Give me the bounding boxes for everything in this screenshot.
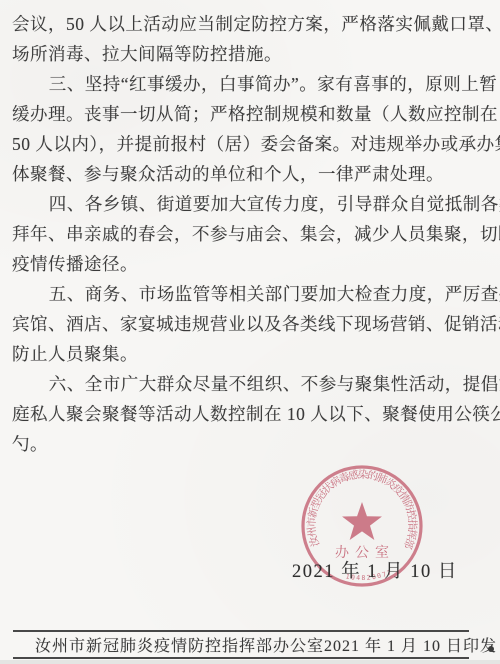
scanned-notice-page: 会议，50 人以上活动应当制定防控方案，严格落实佩戴口罩、 场所消毒、拉大间隔等…	[0, 0, 500, 664]
issuing-office: 汝州市新冠肺炎疫情防控指挥部办公室	[35, 633, 324, 656]
body-line: 六、全市广大群众尽量不组织、不参与聚集性活动，提倡家	[12, 369, 476, 399]
body-line: 勺。	[12, 429, 476, 459]
body-line: 疫情传播途径。	[12, 249, 476, 279]
document-body: 会议，50 人以上活动应当制定防控方案，严格落实佩戴口罩、 场所消毒、拉大间隔等…	[12, 9, 476, 459]
body-line: 50 人以内），并提前报村（居）委会备案。对违规举办或承办集	[12, 129, 476, 159]
body-line: 场所消毒、拉大间隔等防控措施。	[12, 39, 476, 69]
body-line: 五、商务、市场监管等相关部门要加大检查力度，严厉查处	[12, 279, 476, 309]
body-line: 三、坚持“红事缓办，白事简办”。家有喜事的，原则上暂	[12, 69, 476, 99]
colophon-footer: 汝州市新冠肺炎疫情防控指挥部办公室 2021 年 1 月 10 日印发	[13, 630, 469, 659]
body-line: 庭私人聚会聚餐等活动人数控制在 10 人以下、聚餐使用公筷公	[12, 399, 476, 429]
print-date: 2021 年 1 月 10 日印发	[324, 633, 497, 656]
body-line: 拜年、串亲戚的春会，不参与庙会、集会，减少人员集聚，切断	[12, 219, 476, 249]
signature-date: 2021 年 1 月 10 日	[292, 557, 458, 583]
body-line: 缓办理。丧事一切从简；严格控制规模和数量（人数应控制在	[12, 99, 476, 129]
body-line: 四、各乡镇、街道要加大宣传力度，引导群众自觉抵制各类	[12, 189, 476, 219]
body-line: 会议，50 人以上活动应当制定防控方案，严格落实佩戴口罩、	[12, 9, 476, 39]
scan-edge-shadow	[0, 660, 500, 664]
body-line: 体聚餐、参与聚众活动的单位和个人，一律严肃处理。	[12, 159, 476, 189]
body-line: 宾馆、酒店、家宴城违规营业以及各类线下现场营销、促销活动，	[12, 309, 476, 339]
seal-star-icon	[342, 502, 382, 540]
body-line: 防止人员聚集。	[12, 339, 476, 369]
ink-dot-mark	[488, 646, 494, 652]
